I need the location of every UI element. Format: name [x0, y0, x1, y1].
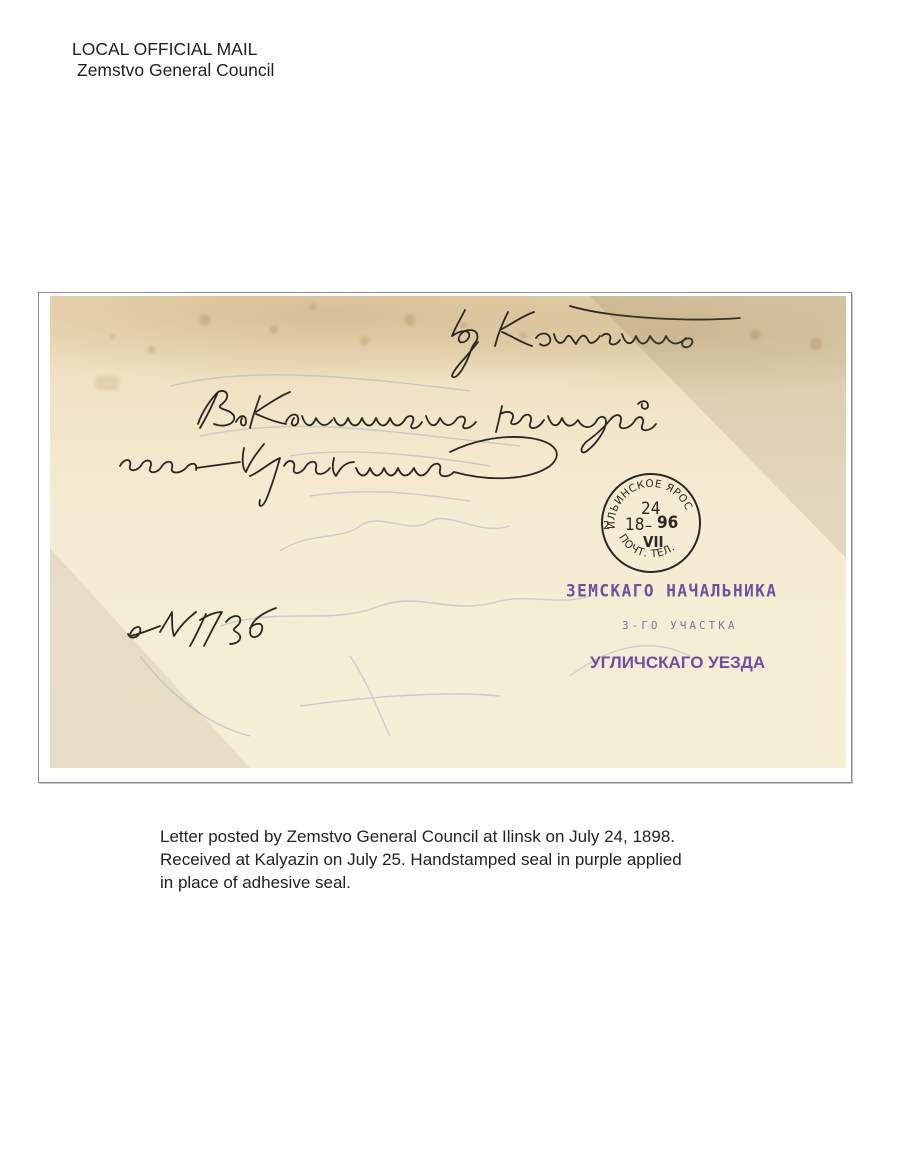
postmark-month: VII: [643, 533, 663, 551]
seal-line-3: УГЛИЧСКАГО УЕЗДА: [590, 653, 765, 673]
seal-line-1: ЗЕМСКАГО НАЧАЛЬНИКА: [566, 581, 778, 601]
postmark-cancel: ИЛЬИНСКОЕ ЯРОСЛ. Г. ПОЧТ. ТЕЛ. ОТД. 2 24…: [601, 473, 701, 573]
header-subtitle: Zemstvo General Council: [72, 60, 274, 81]
header-title: LOCAL OFFICIAL MAIL: [72, 39, 274, 60]
page-header: LOCAL OFFICIAL MAIL Zemstvo General Coun…: [72, 39, 274, 81]
envelope-image: ИЛЬИНСКОЕ ЯРОСЛ. Г. ПОЧТ. ТЕЛ. ОТД. 2 24…: [50, 296, 846, 768]
caption: Letter posted by Zemstvo General Council…: [160, 825, 682, 894]
postmark-ring-number: 2: [603, 519, 610, 532]
caption-line-3: in place of adhesive seal.: [160, 871, 682, 894]
caption-line-2: Received at Kalyazin on July 25. Handsta…: [160, 848, 682, 871]
caption-line-1: Letter posted by Zemstvo General Council…: [160, 825, 682, 848]
postmark-year-left: 18: [625, 515, 644, 535]
postmark-year-right: 96: [657, 513, 678, 533]
seal-line-2: 3-ГО УЧАСТКА: [622, 619, 737, 632]
